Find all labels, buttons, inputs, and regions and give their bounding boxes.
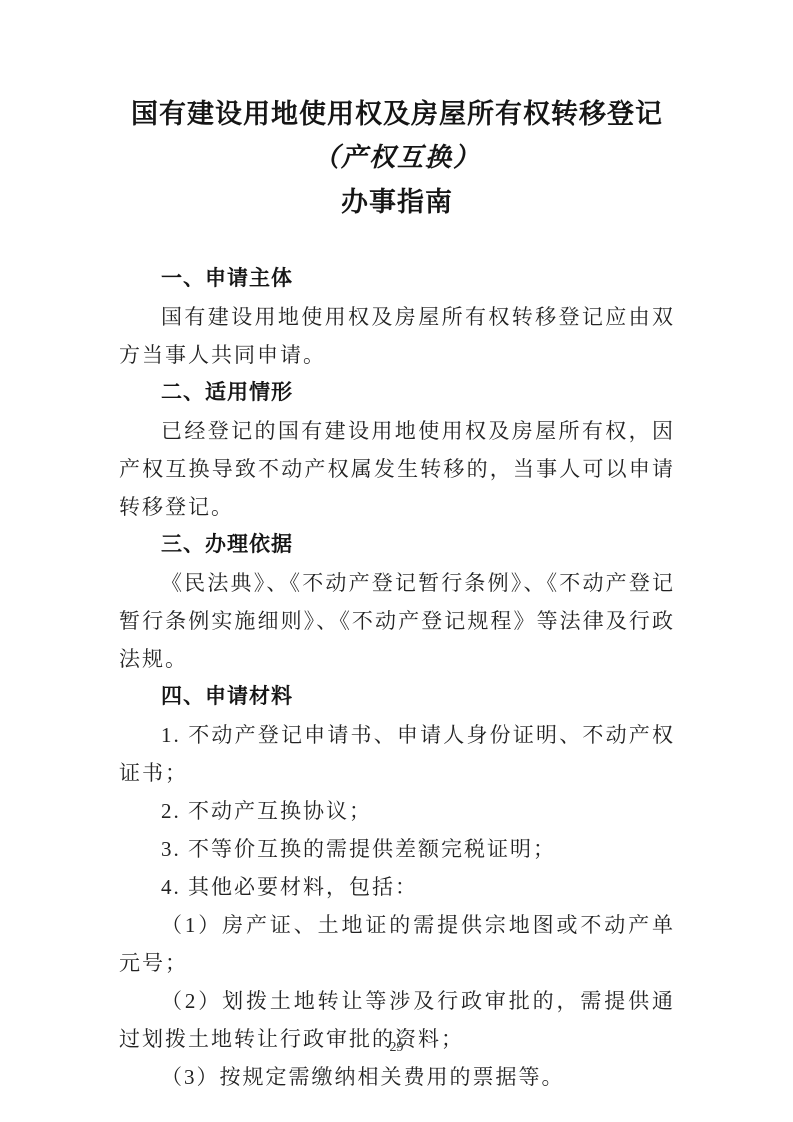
- list-item: 4. 其他必要材料，包括：: [119, 868, 675, 906]
- section-heading-legal-basis: 三、办理依据: [119, 526, 675, 564]
- page-number: 29: [0, 1040, 793, 1056]
- document-body: 一、申请主体 国有建设用地使用权及房屋所有权转移登记应由双方当事人共同申请。 二…: [119, 260, 675, 1096]
- title-line-2: （产权互换）: [119, 136, 675, 180]
- document-title: 国有建设用地使用权及房屋所有权转移登记 （产权互换） 办事指南: [119, 92, 675, 224]
- section-heading-application-materials: 四、申请材料: [119, 678, 675, 716]
- list-item: 1. 不动产登记申请书、申请人身份证明、不动产权证书；: [119, 716, 675, 792]
- paragraph: 已经登记的国有建设用地使用权及房屋所有权，因产权互换导致不动产权属发生转移的，当…: [119, 412, 675, 526]
- title-line-1: 国有建设用地使用权及房屋所有权转移登记: [119, 92, 675, 136]
- list-item: 2. 不动产互换协议；: [119, 792, 675, 830]
- section-heading-applicable-situations: 二、适用情形: [119, 374, 675, 412]
- paragraph: 国有建设用地使用权及房屋所有权转移登记应由双方当事人共同申请。: [119, 298, 675, 374]
- title-line-3: 办事指南: [119, 180, 675, 224]
- document-content: 国有建设用地使用权及房屋所有权转移登记 （产权互换） 办事指南 一、申请主体 国…: [119, 92, 675, 1096]
- list-item: 3. 不等价互换的需提供差额完税证明；: [119, 830, 675, 868]
- paragraph: 《民法典》、《不动产登记暂行条例》、《不动产登记暂行条例实施细则》、《不动产登记…: [119, 564, 675, 678]
- list-sub-item: （1）房产证、土地证的需提供宗地图或不动产单元号；: [119, 906, 675, 982]
- section-heading-application-subject: 一、申请主体: [119, 260, 675, 298]
- document-page: 国有建设用地使用权及房屋所有权转移登记 （产权互换） 办事指南 一、申请主体 国…: [0, 0, 793, 1122]
- list-sub-item: （3）按规定需缴纳相关费用的票据等。: [119, 1058, 675, 1096]
